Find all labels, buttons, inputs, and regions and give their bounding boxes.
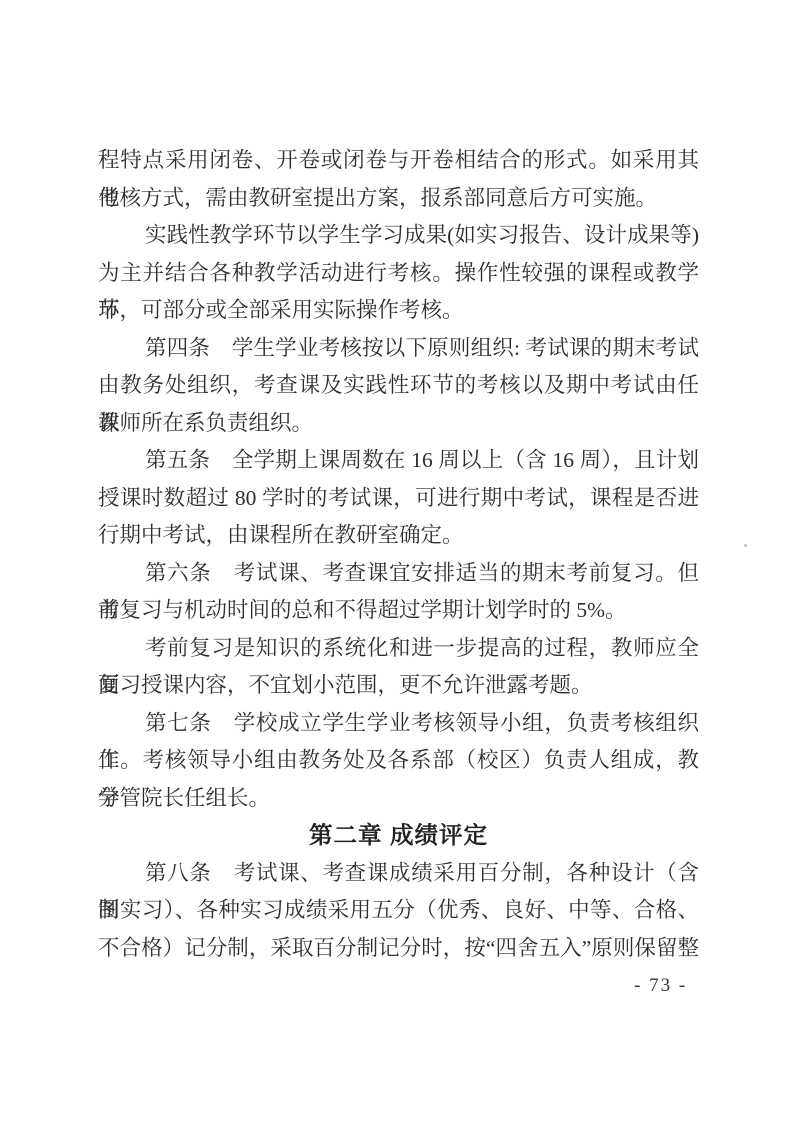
document-line: 实践性教学环节以学生学习成果(如实习报告、设计成果等) — [98, 217, 699, 255]
document-line: 不合格）记分制，采取百分制记分时，按“四舍五入”原则保留整 — [98, 930, 699, 968]
document-line: 授课时数超过 80 学时的考试课，可进行期中考试，课程是否进 — [98, 480, 699, 518]
document-line-article-6: 第六条 考试课、考查课宜安排适当的期末考前复习。但考 — [98, 555, 699, 593]
scan-speck — [744, 544, 747, 547]
scanned-document-page: { "page": { "number": "- 73 -" }, "docum… — [0, 0, 793, 1123]
document-line: 为主并结合各种教学活动进行考核。操作性较强的课程或教学环 — [98, 255, 699, 293]
document-line-article-8: 第八条 考试课、考查课成绩采用百分制，各种设计（含制 — [98, 855, 699, 893]
document-line: 考前复习是知识的系统化和进一步提高的过程，教师应全面 — [98, 630, 699, 668]
document-line: 教师所在系负责组织。 — [98, 405, 699, 443]
document-line: 行期中考试，由课程所在教研室确定。 — [98, 517, 699, 555]
document-line-article-4: 第四条 学生学业考核按以下原则组织: 考试课的期末考试 — [98, 330, 699, 368]
page-number: - 73 - — [634, 975, 687, 997]
document-line: 前复习与机动时间的总和不得超过学期计划学时的 5%。 — [98, 592, 699, 630]
document-line: 分管院长任组长。 — [98, 780, 699, 818]
document-line-article-7: 第七条 学校成立学生学业考核领导小组，负责考核组织工 — [98, 705, 699, 743]
document-line: 由教务处组织，考查课及实践性环节的考核以及期中考试由任课 — [98, 367, 699, 405]
document-line-article-5: 第五条 全学期上课周数在 16 周以上（含 16 周），且计划 — [98, 442, 699, 480]
document-line: 作。考核领导小组由教务处及各系部（校区）负责人组成，教学 — [98, 742, 699, 780]
section-heading-chapter-2: 第二章 成绩评定 — [98, 817, 699, 855]
document-line: 复习授课内容，不宜划小范围，更不允许泄露考题。 — [98, 667, 699, 705]
document-body: 程特点采用闭卷、开卷或闭卷与开卷相结合的形式。如采用其他 考核方式，需由教研室提… — [98, 142, 699, 967]
document-line: 考核方式，需由教研室提出方案，报系部同意后方可实施。 — [98, 180, 699, 218]
document-line: 节，可部分或全部采用实际操作考核。 — [98, 292, 699, 330]
document-line: 图实习）、各种实习成绩采用五分（优秀、良好、中等、合格、 — [98, 892, 699, 930]
document-line: 程特点采用闭卷、开卷或闭卷与开卷相结合的形式。如采用其他 — [98, 142, 699, 180]
